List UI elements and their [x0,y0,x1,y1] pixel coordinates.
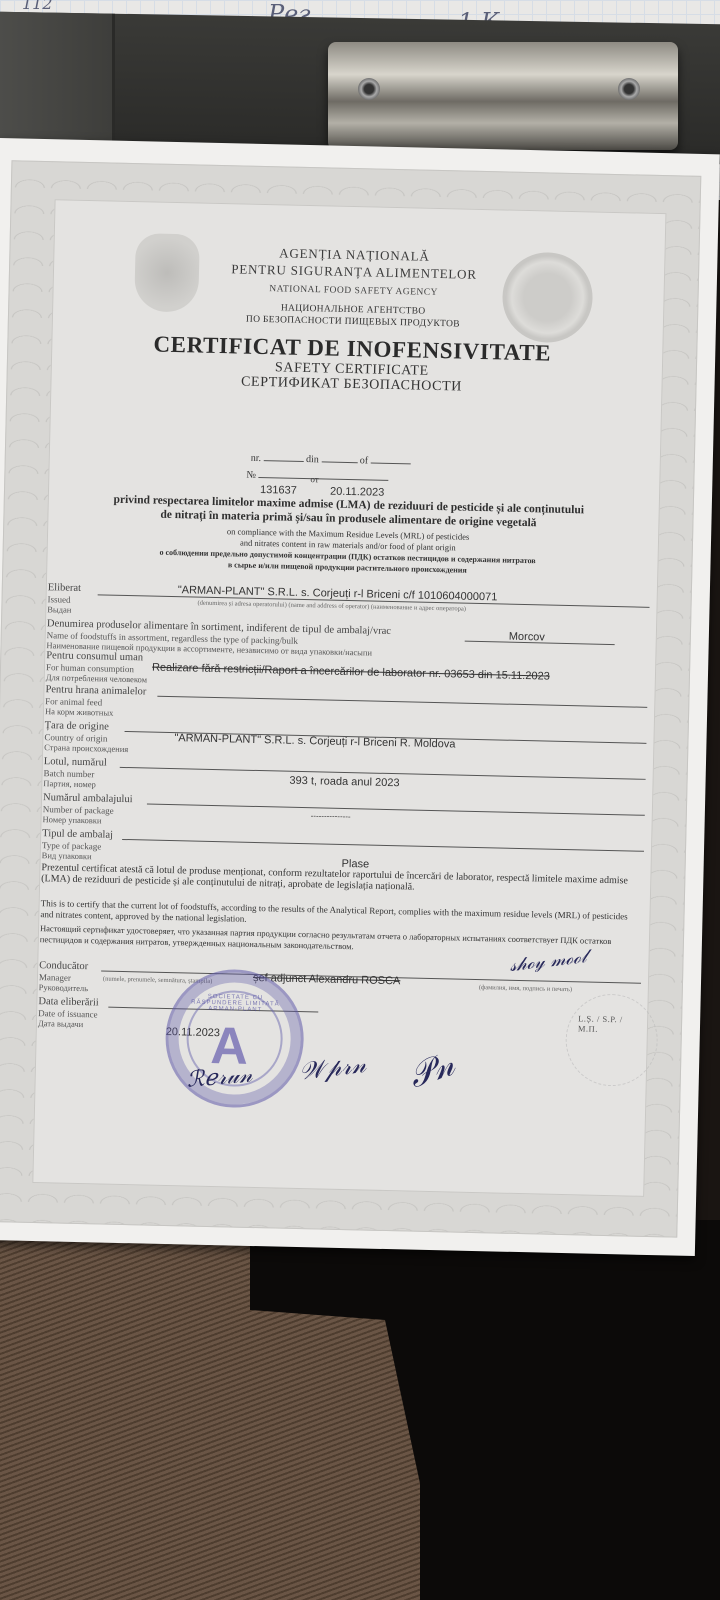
certificate-sheet: AGENȚIA NAȚIONALĂ PENTRU SIGURANȚA ALIME… [0,138,720,1256]
rivet-icon [618,78,640,100]
batch-number-value: 393 t, roada anul 2023 [289,775,399,789]
certificate-header: AGENȚIA NAȚIONALĂ PENTRU SIGURANȚA ALIME… [52,239,653,399]
rivet-icon [358,78,380,100]
handwritten-note: 112 [22,0,53,13]
certificate-number: 131637 [260,484,297,497]
product-name-value: Morcov [509,631,545,644]
fabric-background [0,1220,720,1600]
clipboard-clip [328,42,678,150]
certificate-subject: privind respectarea limitelor maxime adm… [40,491,656,580]
package-number-value: --------------- [311,811,351,821]
